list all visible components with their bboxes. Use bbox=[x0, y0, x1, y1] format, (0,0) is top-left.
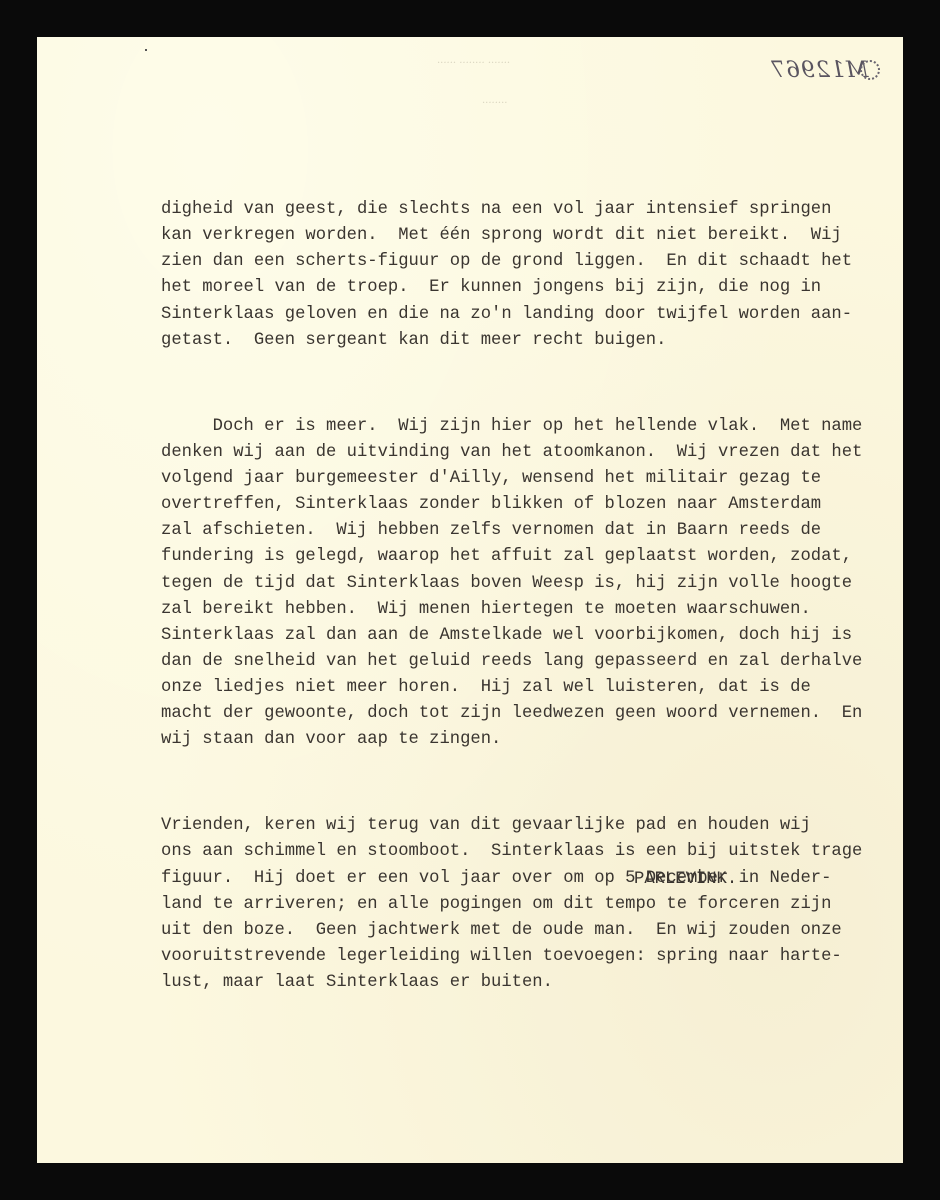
text-line: denken wij aan de uitvinding van het ato… bbox=[161, 440, 901, 466]
text-line: getast. Geen sergeant kan dit meer recht… bbox=[161, 328, 901, 354]
text-line: overtreffen, Sinterklaas zonder blikken … bbox=[161, 492, 901, 518]
text-line: vooruitstrevende legerleiding willen toe… bbox=[161, 944, 901, 970]
text-line: uit den boze. Geen jachtwerk met de oude… bbox=[161, 918, 901, 944]
text-line: zal bereikt hebben. Wij menen hiertegen … bbox=[161, 597, 901, 623]
faint-pencil-note: ...... ........ ....... bbox=[437, 55, 510, 66]
text-line: volgend jaar burgemeester d'Ailly, wense… bbox=[161, 466, 901, 492]
text-line: het moreel van de troep. Er kunnen jonge… bbox=[161, 275, 901, 301]
signature: PARLEVINK. bbox=[634, 870, 737, 889]
faint-pencil-note: ........ bbox=[482, 95, 507, 106]
text-line: Sinterklaas zal dan aan de Amstelkade we… bbox=[161, 623, 901, 649]
paragraph: Vrienden, keren wij terug van dit gevaar… bbox=[161, 813, 901, 996]
text-line: zien dan een scherts-figuur op de grond … bbox=[161, 249, 901, 275]
text-line: macht der gewoonte, doch tot zijn leedwe… bbox=[161, 701, 901, 727]
text-line: onze liedjes niet meer horen. Hij zal we… bbox=[161, 675, 901, 701]
text-line: kan verkregen worden. Met één sprong wor… bbox=[161, 223, 901, 249]
paragraph: Doch er is meer. Wij zijn hier op het he… bbox=[161, 414, 901, 753]
text-line: tegen de tijd dat Sinterklaas boven Wees… bbox=[161, 571, 901, 597]
text-line: land te arriveren; en alle pogingen om d… bbox=[161, 892, 901, 918]
text-line: zal afschieten. Wij hebben zelfs vernome… bbox=[161, 518, 901, 544]
text-line: Vrienden, keren wij terug van dit gevaar… bbox=[161, 813, 901, 839]
ink-speck bbox=[145, 49, 147, 51]
text-line: ons aan schimmel en stoomboot. Sinterkla… bbox=[161, 839, 901, 865]
text-line: fundering is gelegd, waarop het affuit z… bbox=[161, 544, 901, 570]
text-line: Sinterklaas geloven en die na zo'n landi… bbox=[161, 302, 901, 328]
text-line: lust, maar laat Sinterklaas er buiten. bbox=[161, 970, 901, 996]
stamp-emblem-icon bbox=[860, 60, 880, 80]
text-line: Doch er is meer. Wij zijn hier op het he… bbox=[161, 414, 901, 440]
text-line: wij staan dan voor aap te zingen. bbox=[161, 727, 901, 753]
text-line: figuur. Hij doet er een vol jaar over om… bbox=[161, 866, 901, 892]
text-line: digheid van geest, die slechts na een vo… bbox=[161, 197, 901, 223]
text-line: dan de snelheid van het geluid reeds lan… bbox=[161, 649, 901, 675]
document-body: digheid van geest, die slechts na een vo… bbox=[161, 145, 901, 1022]
paragraph: digheid van geest, die slechts na een vo… bbox=[161, 197, 901, 354]
archive-stamp: M12967 bbox=[770, 58, 869, 83]
